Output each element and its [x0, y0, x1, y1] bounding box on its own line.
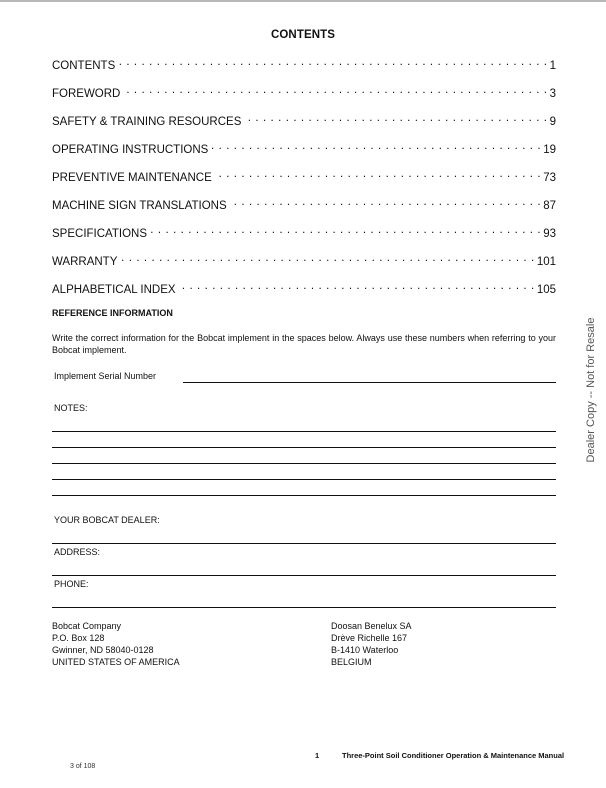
toc-entry-title: OPERATING INSTRUCTIONS: [52, 144, 208, 156]
address-line: UNITED STATES OF AMERICA: [52, 656, 180, 668]
reference-heading: REFERENCE INFORMATION: [52, 308, 173, 318]
toc-entry-operating-instructions[interactable]: OPERATING INSTRUCTIONS 19: [52, 141, 556, 169]
toc-entry-title: CONTENTS: [52, 60, 115, 72]
address-line: Doosan Benelux SA: [331, 620, 412, 632]
toc-leader-dots: [121, 253, 534, 265]
toc-leader-dots: [212, 141, 541, 153]
address-label: ADDRESS:: [54, 547, 100, 557]
viewer-top-border: [0, 0, 606, 2]
address-line: P.O. Box 128: [52, 632, 180, 644]
toc-entry-page: 93: [543, 228, 556, 240]
toc-entry-page: 87: [543, 200, 556, 212]
toc-entry-page: 19: [543, 144, 556, 156]
toc-entry-safety-training[interactable]: SAFETY & TRAINING RESOURCES 9: [52, 113, 556, 141]
dealer-field[interactable]: [52, 543, 556, 544]
address-line: Bobcat Company: [52, 620, 180, 632]
toc-leader-dots: [180, 281, 535, 293]
address-field[interactable]: [52, 575, 556, 576]
toc-leader-dots: [151, 225, 541, 237]
toc-leader-dots: [245, 113, 547, 125]
toc-entry-alphabetical-index[interactable]: ALPHABETICAL INDEX 105: [52, 281, 556, 309]
dealer-label: YOUR BOBCAT DEALER:: [54, 515, 160, 525]
toc-entry-title: SPECIFICATIONS: [52, 228, 147, 240]
notes-line[interactable]: [52, 463, 556, 464]
toc-entry-machine-sign-translations[interactable]: MACHINE SIGN TRANSLATIONS 87: [52, 197, 556, 225]
toc-entry-warranty[interactable]: WARRANTY 101: [52, 253, 556, 281]
address-line: B-1410 Waterloo: [331, 644, 412, 656]
toc-entry-page: 73: [543, 172, 556, 184]
toc-entry-page: 3: [550, 88, 556, 100]
toc-entry-title: ALPHABETICAL INDEX: [52, 284, 176, 296]
address-line: BELGIUM: [331, 656, 412, 668]
toc-entry-page: 1: [550, 60, 556, 72]
footer-manual-title: Three-Point Soil Conditioner Operation &…: [342, 751, 564, 760]
toc-entry-preventive-maintenance[interactable]: PREVENTIVE MAINTENANCE 73: [52, 169, 556, 197]
toc-entry-page: 105: [537, 284, 556, 296]
notes-line[interactable]: [52, 479, 556, 480]
toc-entry-page: 9: [550, 116, 556, 128]
toc-entry-title: WARRANTY: [52, 256, 117, 268]
toc-entry-title: FOREWORD: [52, 88, 120, 100]
toc-entry-specifications[interactable]: SPECIFICATIONS 93: [52, 225, 556, 253]
footer-page-number: 1: [315, 751, 319, 760]
toc-entry-contents[interactable]: CONTENTS 1: [52, 57, 556, 85]
notes-label: NOTES:: [54, 403, 88, 413]
table-of-contents: CONTENTS 1 FOREWORD 3 SAFETY & TRAINING …: [52, 57, 556, 309]
toc-entry-foreword[interactable]: FOREWORD 3: [52, 85, 556, 113]
doosan-benelux-address: Doosan Benelux SA Drève Richelle 167 B-1…: [331, 620, 412, 668]
phone-field[interactable]: [52, 607, 556, 608]
phone-label: PHONE:: [54, 579, 89, 589]
toc-entry-title: PREVENTIVE MAINTENANCE: [52, 172, 212, 184]
toc-entry-title: MACHINE SIGN TRANSLATIONS: [52, 200, 227, 212]
bobcat-company-address: Bobcat Company P.O. Box 128 Gwinner, ND …: [52, 620, 180, 668]
page-counter: 3 of 108: [70, 763, 95, 770]
toc-entry-title: SAFETY & TRAINING RESOURCES: [52, 116, 241, 128]
page-title: CONTENTS: [0, 29, 606, 41]
toc-leader-dots: [119, 57, 547, 69]
toc-entry-page: 101: [537, 256, 556, 268]
dealer-copy-watermark: Dealer Copy -- Not for Resale: [585, 318, 597, 463]
toc-leader-dots: [231, 197, 542, 209]
serial-number-field[interactable]: [183, 382, 556, 383]
notes-line[interactable]: [52, 431, 556, 432]
notes-line[interactable]: [52, 447, 556, 448]
notes-line[interactable]: [52, 495, 556, 496]
serial-number-label: Implement Serial Number: [54, 371, 156, 381]
toc-leader-dots: [124, 85, 547, 97]
reference-instructions: Write the correct information for the Bo…: [52, 332, 556, 356]
address-line: Gwinner, ND 58040-0128: [52, 644, 180, 656]
toc-leader-dots: [216, 169, 541, 181]
address-line: Drève Richelle 167: [331, 632, 412, 644]
